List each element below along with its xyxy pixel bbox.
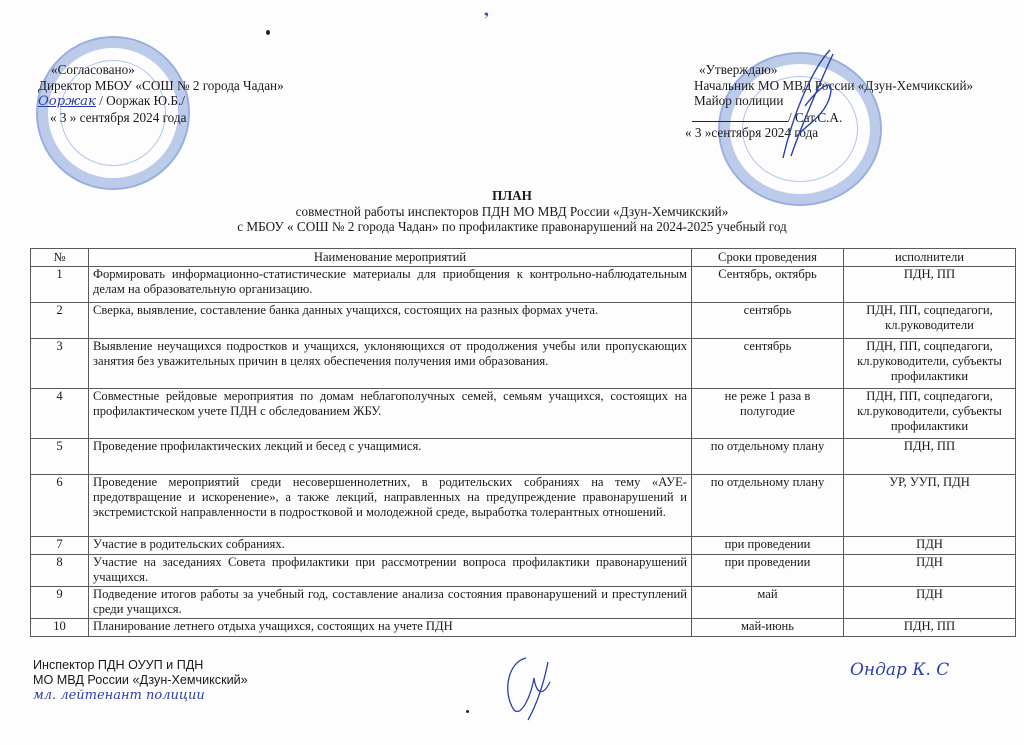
cell-exec: ПДН, ПП [844,619,1016,637]
cell-exec: УР, УУП, ПДН [844,475,1016,537]
cell-term: при проведении [692,555,844,587]
cell-exec: ПДН [844,555,1016,587]
cell-name: Участие в родительских собраниях. [89,537,692,555]
cell-num: 2 [31,303,89,339]
table-row: 7Участие в родительских собраниях.при пр… [31,537,1016,555]
cell-exec: ПДН, ПП, соцпедагоги, кл.руководители [844,303,1016,339]
approval-left: «Согласовано» Директор МБОУ «СОШ № 2 гор… [38,62,284,125]
header-term: Сроки проведения [692,249,844,267]
cell-num: 4 [31,389,89,439]
cell-num: 9 [31,587,89,619]
scan-mark: ❟ [484,4,489,19]
signature-blank [692,109,788,122]
title-heading: ПЛАН [492,188,532,203]
table-row: 1Формировать информационно-статистически… [31,267,1016,303]
approval-left-label: «Согласовано» [38,62,284,78]
approval-left-signature-line: Ооржак / Ооржак Ю.Б./ [38,93,284,110]
handwritten-signature: Ооржак [38,94,96,109]
cell-term: Сентябрь, октябрь [692,267,844,303]
cell-exec: ПДН [844,587,1016,619]
cell-term: сентябрь [692,339,844,389]
signature-scribble-icon [775,46,845,166]
header-exec: исполнители [844,249,1016,267]
table-row: 5Проведение профилактических лекций и бе… [31,439,1016,475]
cell-num: 10 [31,619,89,637]
cell-exec: ПДН, ПП, соцпедагоги, кл.руководители, с… [844,389,1016,439]
cell-num: 1 [31,267,89,303]
cell-name: Формировать информационно-статистические… [89,267,692,303]
scan-speck [466,710,469,713]
cell-num: 6 [31,475,89,537]
inspector-signature-icon [498,652,558,722]
title-line-2: с МБОУ « СОШ № 2 города Чадан» по профил… [0,219,1024,235]
cell-name: Проведение мероприятий среди несовершенн… [89,475,692,537]
cell-term: май [692,587,844,619]
cell-term: не реже 1 раза в полугодие [692,389,844,439]
cell-term: по отдельному плану [692,439,844,475]
scan-speck [266,30,270,35]
plan-table: № Наименование мероприятий Сроки проведе… [30,248,1016,637]
cell-name: Участие на заседаниях Совета профилактик… [89,555,692,587]
header-name: Наименование мероприятий [89,249,692,267]
footer-line-2: МО МВД России «Дзун-Хемчикский» [33,673,248,688]
handwritten-name: Ондар К. С [850,660,949,680]
approval-left-signatory: / Ооржак Ю.Б./ [99,93,185,108]
cell-num: 7 [31,537,89,555]
table-row: 9Подведение итогов работы за учебный год… [31,587,1016,619]
cell-name: Проведение профилактических лекций и бес… [89,439,692,475]
footer-signatory: Инспектор ПДН ОУУП и ПДН МО МВД России «… [33,658,248,688]
table-row: 10Планирование летнего отдыха учащихся, … [31,619,1016,637]
cell-term: по отдельному плану [692,475,844,537]
cell-exec: ПДН, ПП, соцпедагоги, кл.руководители, с… [844,339,1016,389]
cell-exec: ПДН, ПП [844,439,1016,475]
cell-name: Выявление неучащихся подростков и учащих… [89,339,692,389]
cell-name: Совместные рейдовые мероприятия по домам… [89,389,692,439]
table-row: 6Проведение мероприятий среди несовершен… [31,475,1016,537]
cell-name: Сверка, выявление, составление банка дан… [89,303,692,339]
approval-left-date: « 3 » сентября 2024 года [38,110,284,126]
cell-exec: ПДН, ПП [844,267,1016,303]
footer-line-1: Инспектор ПДН ОУУП и ПДН [33,658,248,673]
cell-term: при проведении [692,537,844,555]
table-row: 2Сверка, выявление, составление банка да… [31,303,1016,339]
cell-term: май-июнь [692,619,844,637]
cell-num: 8 [31,555,89,587]
cell-exec: ПДН [844,537,1016,555]
table-row: 8Участие на заседаниях Совета профилакти… [31,555,1016,587]
table-row: 4Совместные рейдовые мероприятия по дома… [31,389,1016,439]
cell-num: 5 [31,439,89,475]
cell-num: 3 [31,339,89,389]
cell-name: Подведение итогов работы за учебный год,… [89,587,692,619]
document-title: ПЛАН [0,188,1024,204]
cell-term: сентябрь [692,303,844,339]
table-row: 3Выявление неучащихся подростков и учащи… [31,339,1016,389]
approval-left-position: Директор МБОУ «СОШ № 2 города Чадан» [38,78,284,94]
handwritten-rank: мл. лейтенант полиции [33,688,205,703]
table-header-row: № Наименование мероприятий Сроки проведе… [31,249,1016,267]
header-num: № [31,249,89,267]
title-line-1: совместной работы инспекторов ПДН МО МВД… [0,204,1024,220]
cell-name: Планирование летнего отдыха учащихся, со… [89,619,692,637]
